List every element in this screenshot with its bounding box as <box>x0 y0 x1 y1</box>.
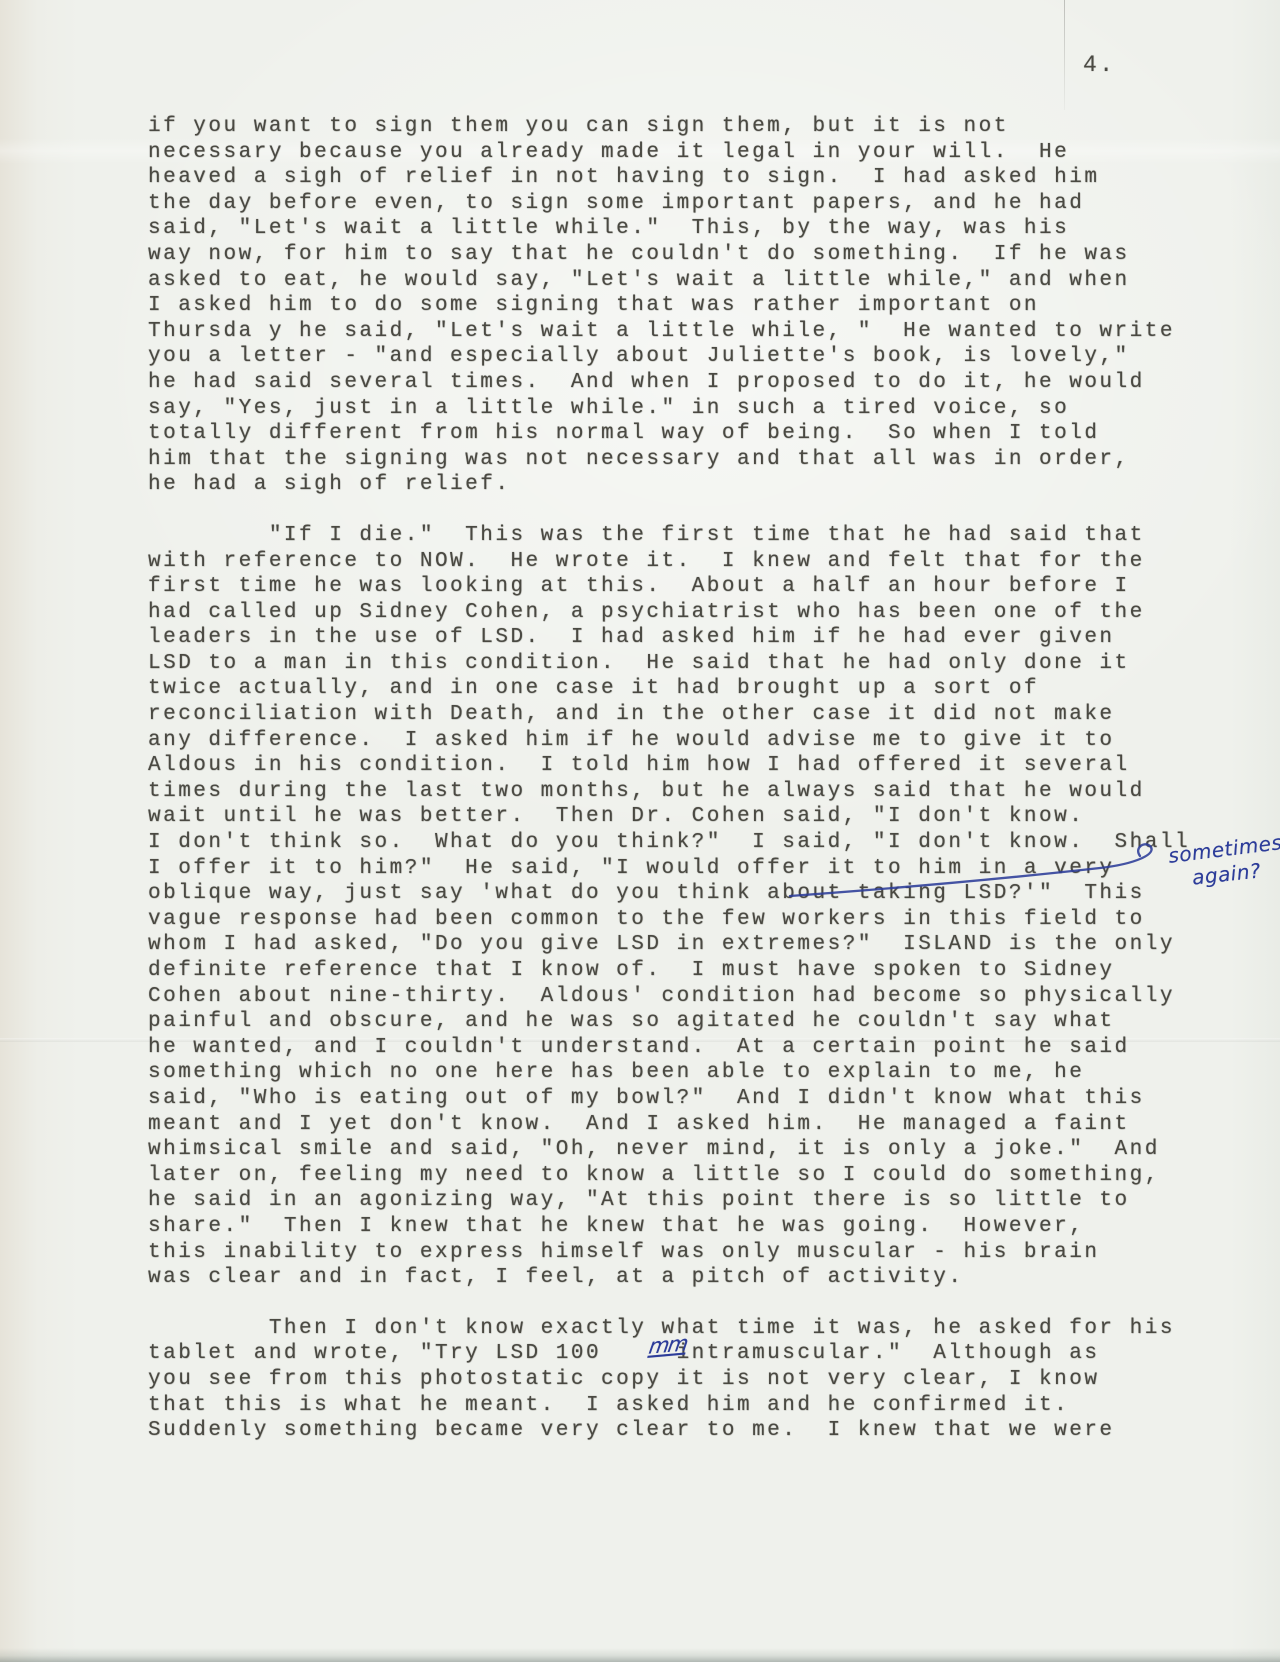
handwritten-inline-scribble: mm <box>647 1332 688 1358</box>
typed-line: necessary because you already made it le… <box>148 140 1190 166</box>
typed-line: you a letter - "and especially about Jul… <box>148 344 1190 370</box>
typed-line: that this is what he meant. I asked him … <box>148 1393 1190 1419</box>
paper-crease-vertical <box>1064 0 1065 110</box>
typed-line: you see from this photostatic copy it is… <box>148 1367 1190 1393</box>
typed-line: Suddenly something became very clear to … <box>148 1418 1190 1444</box>
typed-line: asked to eat, he would say, "Let's wait … <box>148 268 1190 294</box>
typed-line: something which no one here has been abl… <box>148 1060 1190 1086</box>
typed-line: first time he was looking at this. About… <box>148 574 1190 600</box>
typed-text-block: if you want to sign them you can sign th… <box>148 114 1190 1444</box>
typed-line: said, "Let's wait a little while." This,… <box>148 216 1190 242</box>
typed-line: whom I had asked, "Do you give LSD in ex… <box>148 932 1190 958</box>
typed-line: had called up Sidney Cohen, a psychiatri… <box>148 600 1190 626</box>
typed-line: if you want to sign them you can sign th… <box>148 114 1190 140</box>
typed-line: he had said several times. And when I pr… <box>148 370 1190 396</box>
typed-line: him that the signing was not necessary a… <box>148 447 1190 473</box>
typed-line: said, "Who is eating out of my bowl?" An… <box>148 1086 1190 1112</box>
typed-line: way now, for him to say that he couldn't… <box>148 242 1190 268</box>
typed-line: share." Then I knew that he knew that he… <box>148 1214 1190 1240</box>
typed-line: whimsical smile and said, "Oh, never min… <box>148 1137 1190 1163</box>
paper-sheet: 4. if you want to sign them you can sign… <box>0 0 1280 1662</box>
typed-line: he wanted, and I couldn't understand. At… <box>148 1035 1190 1061</box>
typed-line: later on, feeling my need to know a litt… <box>148 1163 1190 1189</box>
annotation-connector-line <box>780 842 1180 914</box>
typed-line: I asked him to do some signing that was … <box>148 293 1190 319</box>
typed-line: reconciliation with Death, and in the ot… <box>148 702 1190 728</box>
typed-line: definite reference that I know of. I mus… <box>148 958 1190 984</box>
typed-line: the day before even, to sign some import… <box>148 191 1190 217</box>
typed-line: meant and I yet don't know. And I asked … <box>148 1112 1190 1138</box>
typed-line: totally different from his normal way of… <box>148 421 1190 447</box>
typed-line: wait until he was better. Then Dr. Cohen… <box>148 804 1190 830</box>
typed-line: "If I die." This was the first time that… <box>148 523 1190 549</box>
typed-line: say, "Yes, just in a little while." in s… <box>148 396 1190 422</box>
typed-line: times during the last two months, but he… <box>148 779 1190 805</box>
paragraph-1: if you want to sign them you can sign th… <box>148 114 1190 498</box>
typed-line: twice actually, and in one case it had b… <box>148 676 1190 702</box>
page-number: 4. <box>1083 52 1116 78</box>
typed-line: Cohen about nine-thirty. Aldous' conditi… <box>148 984 1190 1010</box>
typed-line: LSD to a man in this condition. He said … <box>148 651 1190 677</box>
scanned-letter-page: { "page": { "number_label": "4.", "parag… <box>0 0 1280 1662</box>
typed-line: this inability to express himself was on… <box>148 1240 1190 1266</box>
handwritten-margin-note-word2: again? <box>1191 859 1262 888</box>
typed-line: heaved a sigh of relief in not having to… <box>148 165 1190 191</box>
typed-line: Aldous in his condition. I told him how … <box>148 753 1190 779</box>
typed-line: he had a sigh of relief. <box>148 472 1190 498</box>
scan-edge-shadow <box>0 1648 1280 1662</box>
typed-line: leaders in the use of LSD. I had asked h… <box>148 625 1190 651</box>
typed-line: he said in an agonizing way, "At this po… <box>148 1188 1190 1214</box>
typed-line: painful and obscure, and he was so agita… <box>148 1009 1190 1035</box>
typed-line: with reference to NOW. He wrote it. I kn… <box>148 549 1190 575</box>
typed-line: was clear and in fact, I feel, at a pitc… <box>148 1265 1190 1291</box>
typed-line: Thursda y he said, "Let's wait a little … <box>148 319 1190 345</box>
typed-line: any difference. I asked him if he would … <box>148 728 1190 754</box>
